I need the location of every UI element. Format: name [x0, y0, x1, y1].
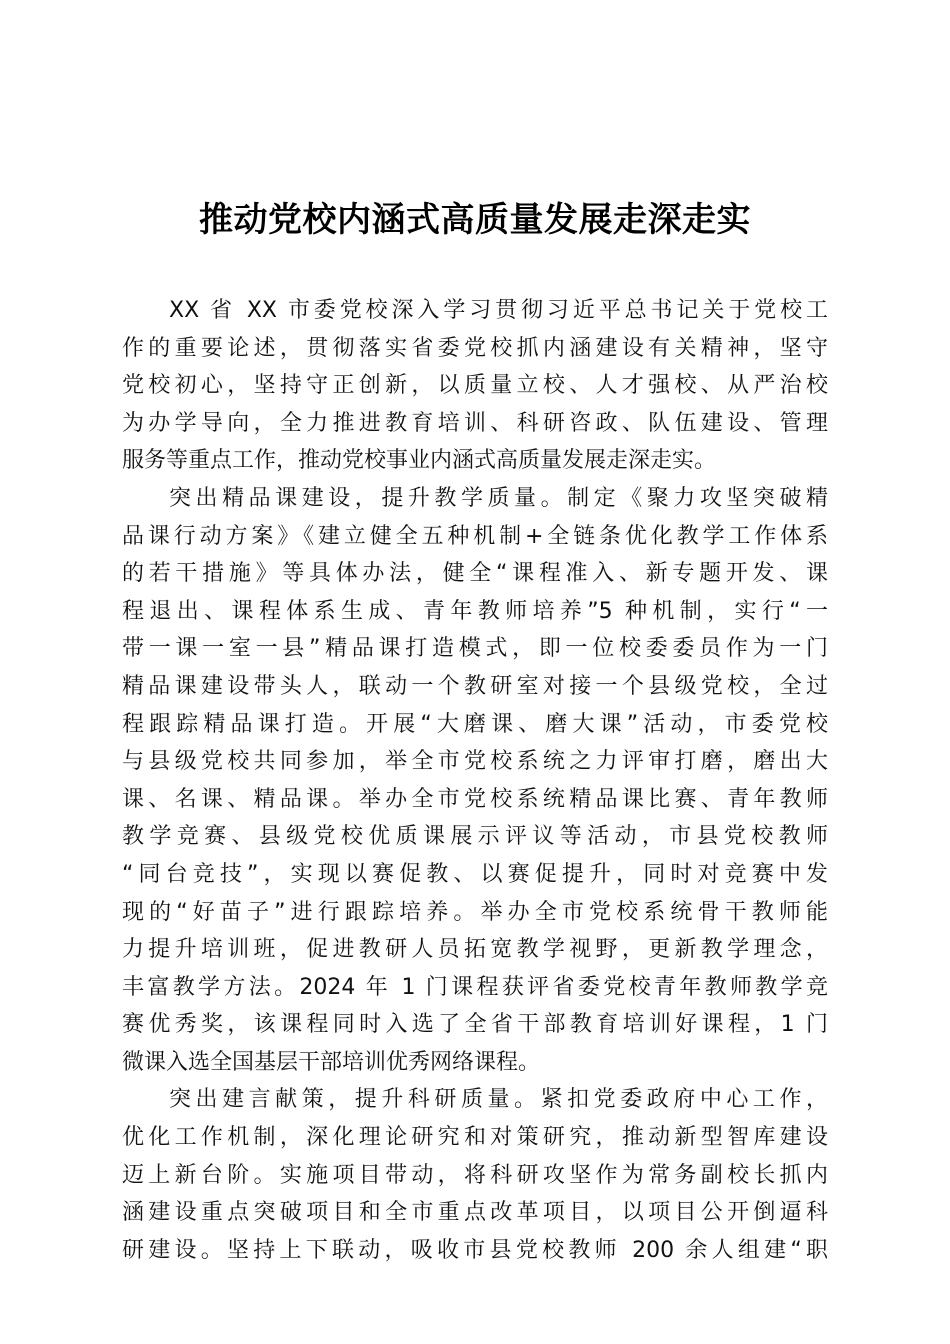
- document-body: XX 省 XX 市委党校深入学习贯彻习近平总书记关于党校工 作的重要论述，贯彻落…: [122, 292, 828, 1269]
- text-line: 作的重要论述，贯彻落实省委党校抓内涵建设有关精神，坚守: [122, 330, 828, 368]
- paragraph-teaching-quality: 突出精品课建设，提升教学质量。制定《聚力攻坚突破精 品课行动方案》《建立健全五种…: [122, 480, 828, 1082]
- text-line: 党校初心，坚持守正创新，以质量立校、人才强校、从严治校: [122, 367, 828, 405]
- text-line: 课、名课、精品课。举办全市党校系统精品课比赛、青年教师: [122, 781, 828, 819]
- paragraph-intro: XX 省 XX 市委党校深入学习贯彻习近平总书记关于党校工 作的重要论述，贯彻落…: [122, 292, 828, 480]
- text-line: 程退出、课程体系生成、青年教师培养”5 种机制，实行“一: [122, 593, 828, 631]
- text-line: 品课行动方案》《建立健全五种机制+全链条优化教学工作体系: [122, 518, 828, 556]
- text-line: 突出精品课建设，提升教学质量。制定《聚力攻坚突破精: [122, 480, 828, 518]
- text-line: 优化工作机制，深化理论研究和对策研究，推动新型智库建设: [122, 1119, 828, 1157]
- text-line: 教学竞赛、县级党校优质课展示评议等活动，市县党校教师: [122, 818, 828, 856]
- text-line: 的若干措施》等具体办法，健全“课程准入、新专题开发、课: [122, 555, 828, 593]
- text-line: 带一课一室一县”精品课打造模式，即一位校委委员作为一门: [122, 630, 828, 668]
- document-page: 推动党校内涵式高质量发展走深走实 XX 省 XX 市委党校深入学习贯彻习近平总书…: [0, 0, 950, 1344]
- text-line: 精品课建设带头人，联动一个教研室对接一个县级党校，全过: [122, 668, 828, 706]
- text-line: 程跟踪精品课打造。开展“大磨课、磨大课”活动，市委党校: [122, 706, 828, 744]
- document-title: 推动党校内涵式高质量发展走深走实: [0, 196, 950, 244]
- text-line: “同台竞技”，实现以赛促教、以赛促提升，同时对竞赛中发: [122, 856, 828, 894]
- text-line: 现的“好苗子”进行跟踪培养。举办全市党校系统骨干教师能: [122, 894, 828, 932]
- text-line: 赛优秀奖，该课程同时入选了全省干部教育培训好课程，1 门: [122, 1006, 828, 1044]
- text-line: 迈上新台阶。实施项目带动，将科研攻坚作为常务副校长抓内: [122, 1157, 828, 1195]
- text-line: XX 省 XX 市委党校深入学习贯彻习近平总书记关于党校工: [122, 292, 828, 330]
- text-line: 为办学导向，全力推进教育培训、科研咨政、队伍建设、管理: [122, 405, 828, 443]
- paragraph-research-quality: 突出建言献策，提升科研质量。紧扣党委政府中心工作， 优化工作机制，深化理论研究和…: [122, 1081, 828, 1269]
- text-line: 服务等重点工作，推动党校事业内涵式高质量发展走深走实。: [122, 442, 828, 480]
- text-line: 研建设。坚持上下联动，吸收市县党校教师 200 余人组建“职: [122, 1232, 828, 1270]
- text-line: 突出建言献策，提升科研质量。紧扣党委政府中心工作，: [122, 1081, 828, 1119]
- text-line: 力提升培训班，促进教研人员拓宽教学视野，更新教学理念，: [122, 931, 828, 969]
- text-line: 与县级党校共同参加，举全市党校系统之力评审打磨，磨出大: [122, 743, 828, 781]
- text-line: 丰富教学方法。2024 年 1 门课程获评省委党校青年教师教学竞: [122, 969, 828, 1007]
- text-line: 涵建设重点突破项目和全市重点改革项目，以项目公开倒逼科: [122, 1194, 828, 1232]
- text-line: 微课入选全国基层干部培训优秀网络课程。: [122, 1044, 828, 1082]
